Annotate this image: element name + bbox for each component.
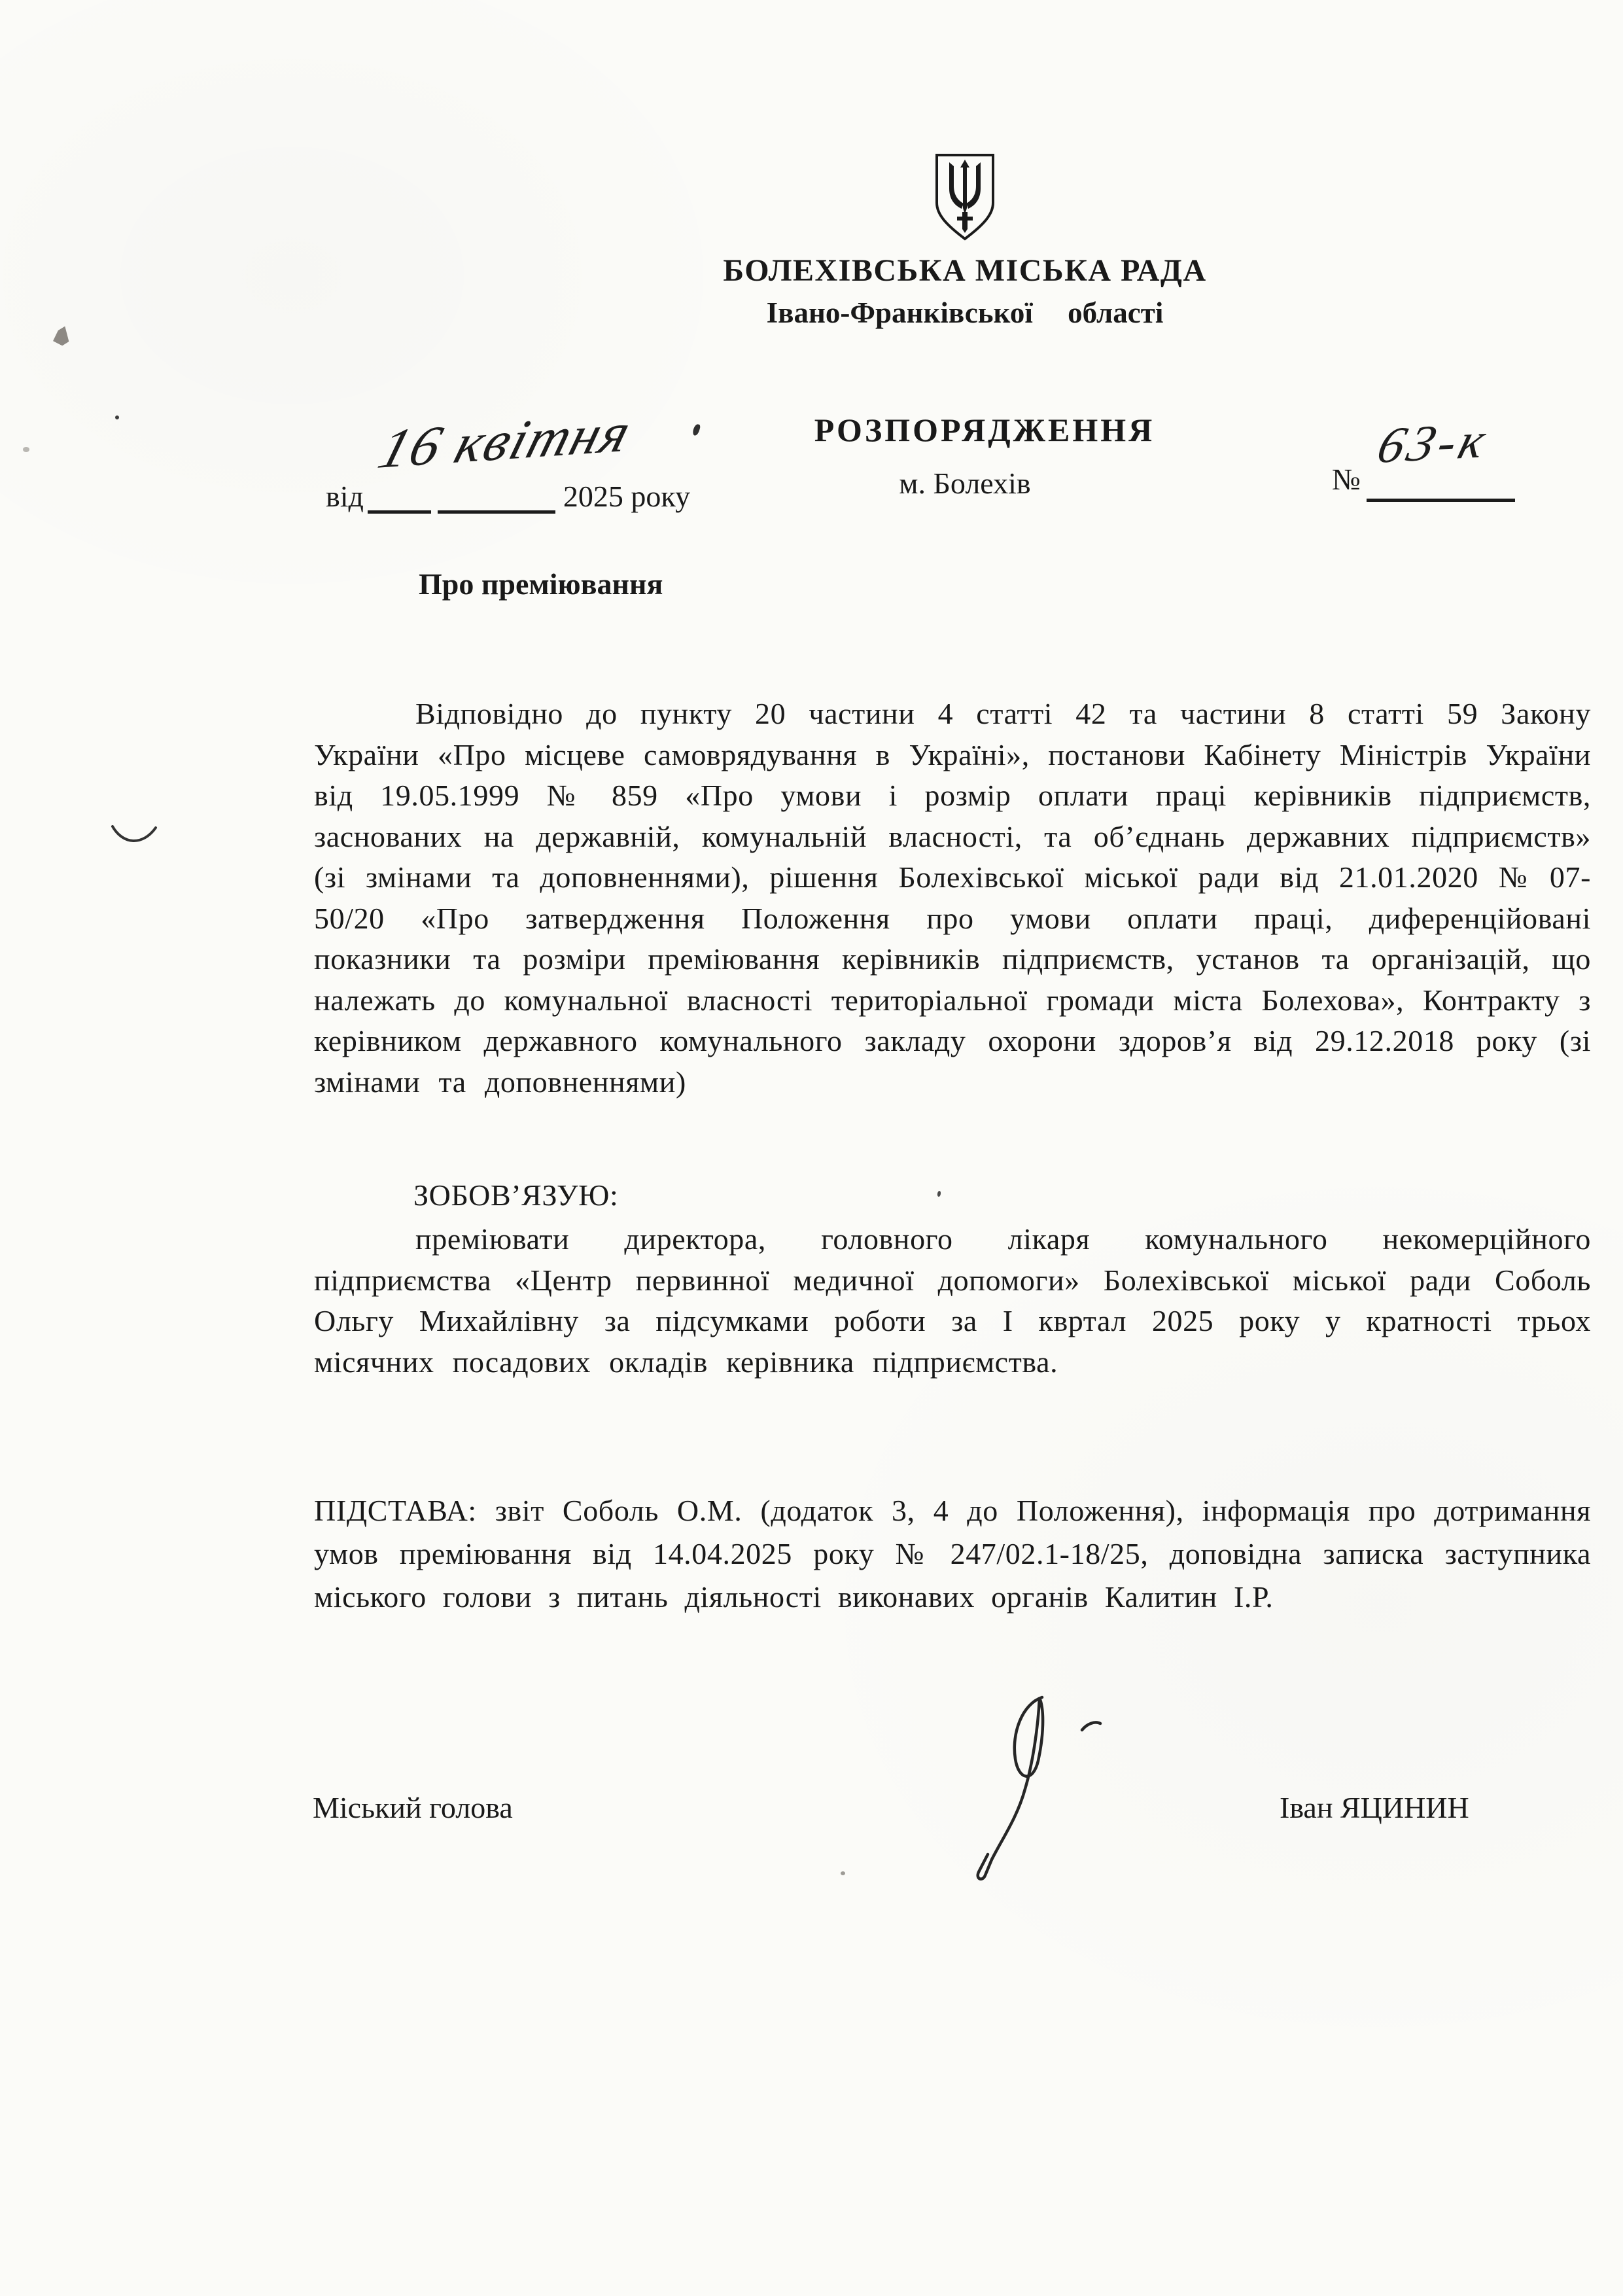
organization-region: Івано-Франківської області — [307, 296, 1622, 330]
handwritten-number: 63-к — [1371, 411, 1497, 475]
ukraine-tryzub-shield-icon — [932, 152, 998, 245]
signer-position-title: Міський голова — [313, 1790, 513, 1825]
scan-speck — [115, 415, 119, 419]
scanned-order-document: БОЛЕХІВСЬКА МІСЬКА РАДА Івано-Франківськ… — [0, 0, 1623, 2296]
scan-smudge — [52, 325, 72, 347]
signature-stroke-icon — [935, 1689, 1132, 1886]
pen-curve-mark-icon — [110, 820, 160, 853]
paragraph-award: преміювати директора, головного лікаря к… — [314, 1219, 1591, 1383]
number-sign: № — [1332, 462, 1361, 497]
number-underline — [1367, 499, 1515, 502]
signer-name: Іван ЯЦИНИН — [1280, 1790, 1469, 1825]
scan-speck — [841, 1871, 845, 1875]
subject-title: Про преміювання — [419, 567, 663, 601]
organization-name: БОЛЕХІВСЬКА МІСЬКА РАДА — [307, 253, 1622, 289]
scan-speck — [23, 447, 29, 452]
paragraph-legal-basis: Відповідно до пункту 20 частини 4 статті… — [314, 694, 1591, 1103]
paragraph-basis: ПІДСТАВА: звіт Соболь О.М. (додаток 3, 4… — [314, 1489, 1591, 1619]
scan-speck — [937, 1191, 941, 1197]
obligate-heading: ЗОБОВ’ЯЗУЮ: — [413, 1178, 618, 1212]
